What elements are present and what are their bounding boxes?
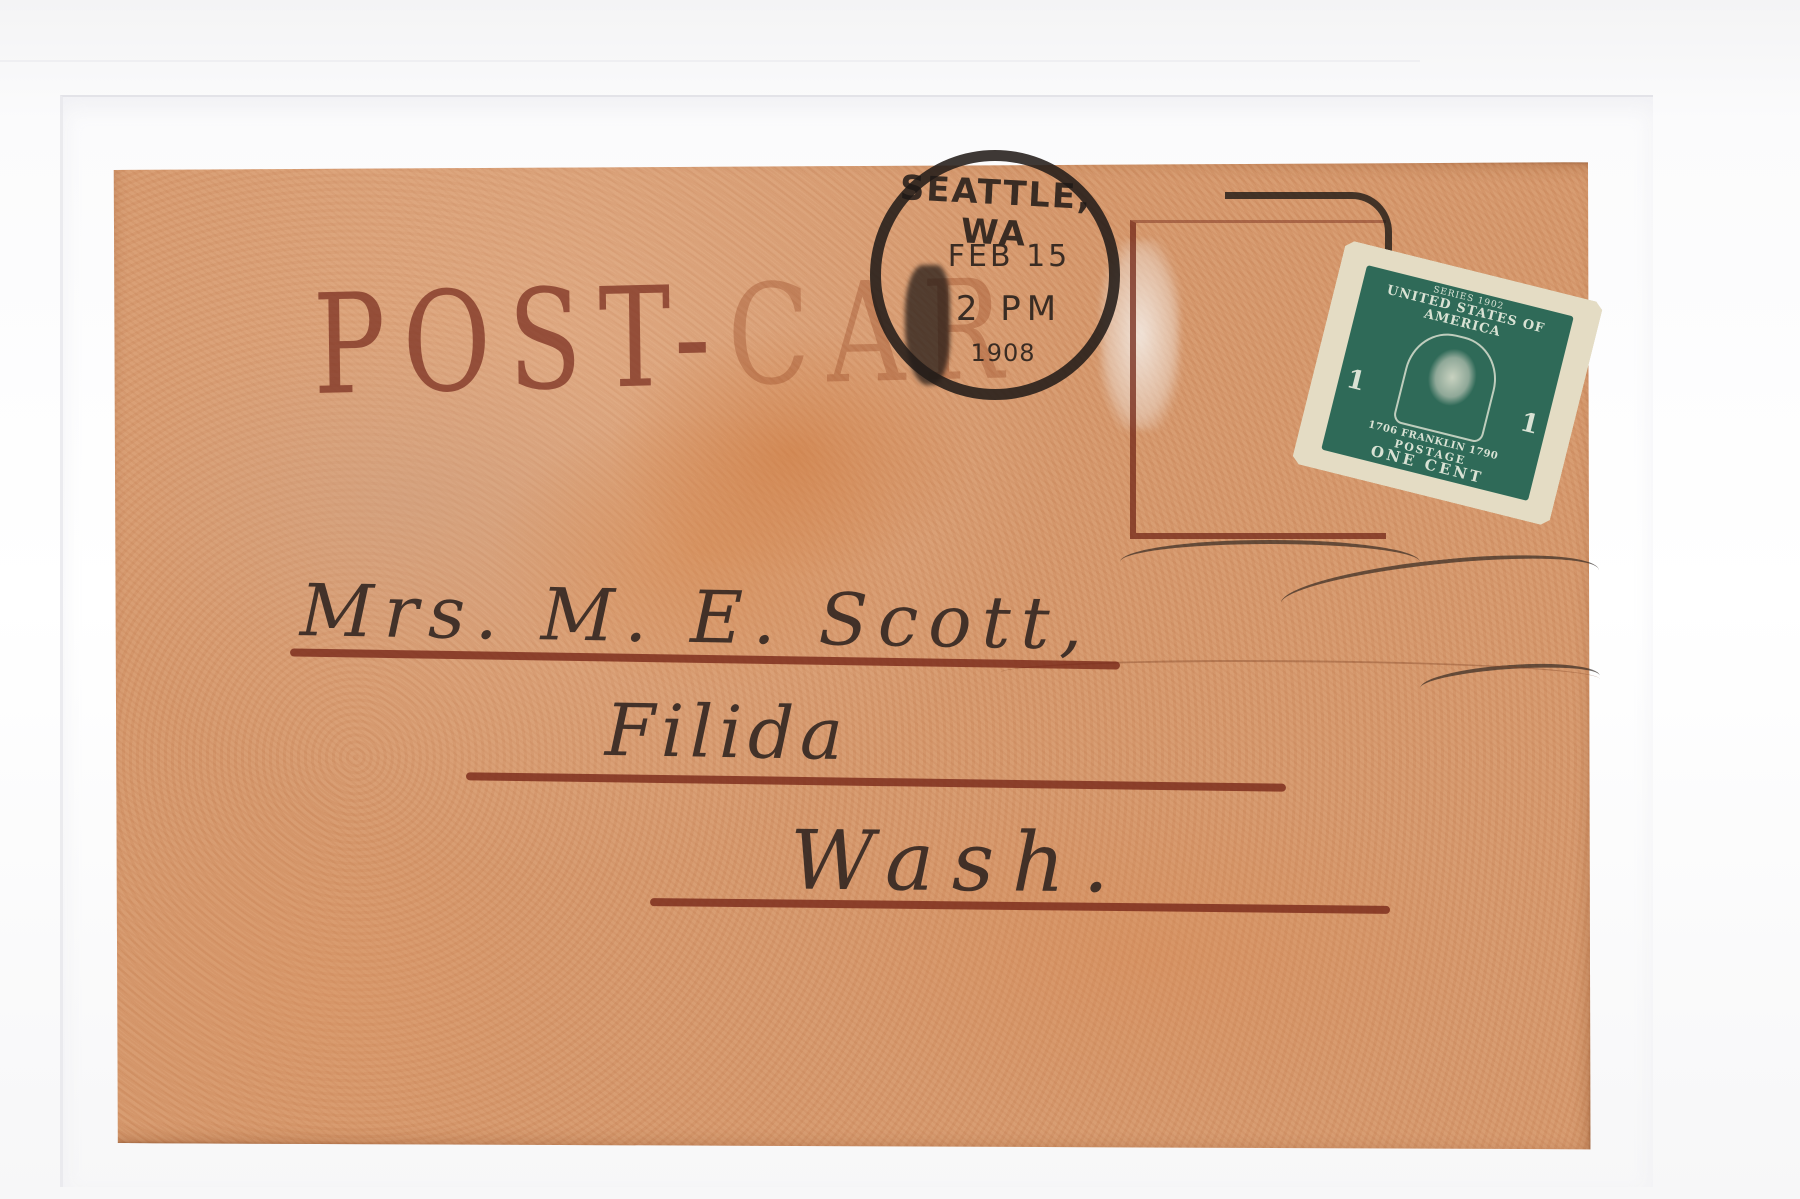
postmark-year: 1908: [889, 339, 1117, 367]
postmark-time: 2 PM: [895, 289, 1123, 329]
heading-text: POST-: [312, 256, 729, 426]
stamp-design: SERIES 1902 UNITED STATES OF AMERICA 1 1…: [1321, 265, 1574, 501]
stamp-corner-value-left: 1: [1343, 364, 1368, 397]
address-city: Filida: [604, 688, 849, 776]
address-state: Wash.: [790, 814, 1128, 912]
stamp-corner-value-right: 1: [1517, 407, 1542, 440]
franklin-portrait-icon: [1392, 325, 1505, 444]
postmark-date: FEB 15: [895, 239, 1123, 274]
postmark: SEATTLE, WA FEB 15 2 PM 1908: [870, 150, 1120, 400]
